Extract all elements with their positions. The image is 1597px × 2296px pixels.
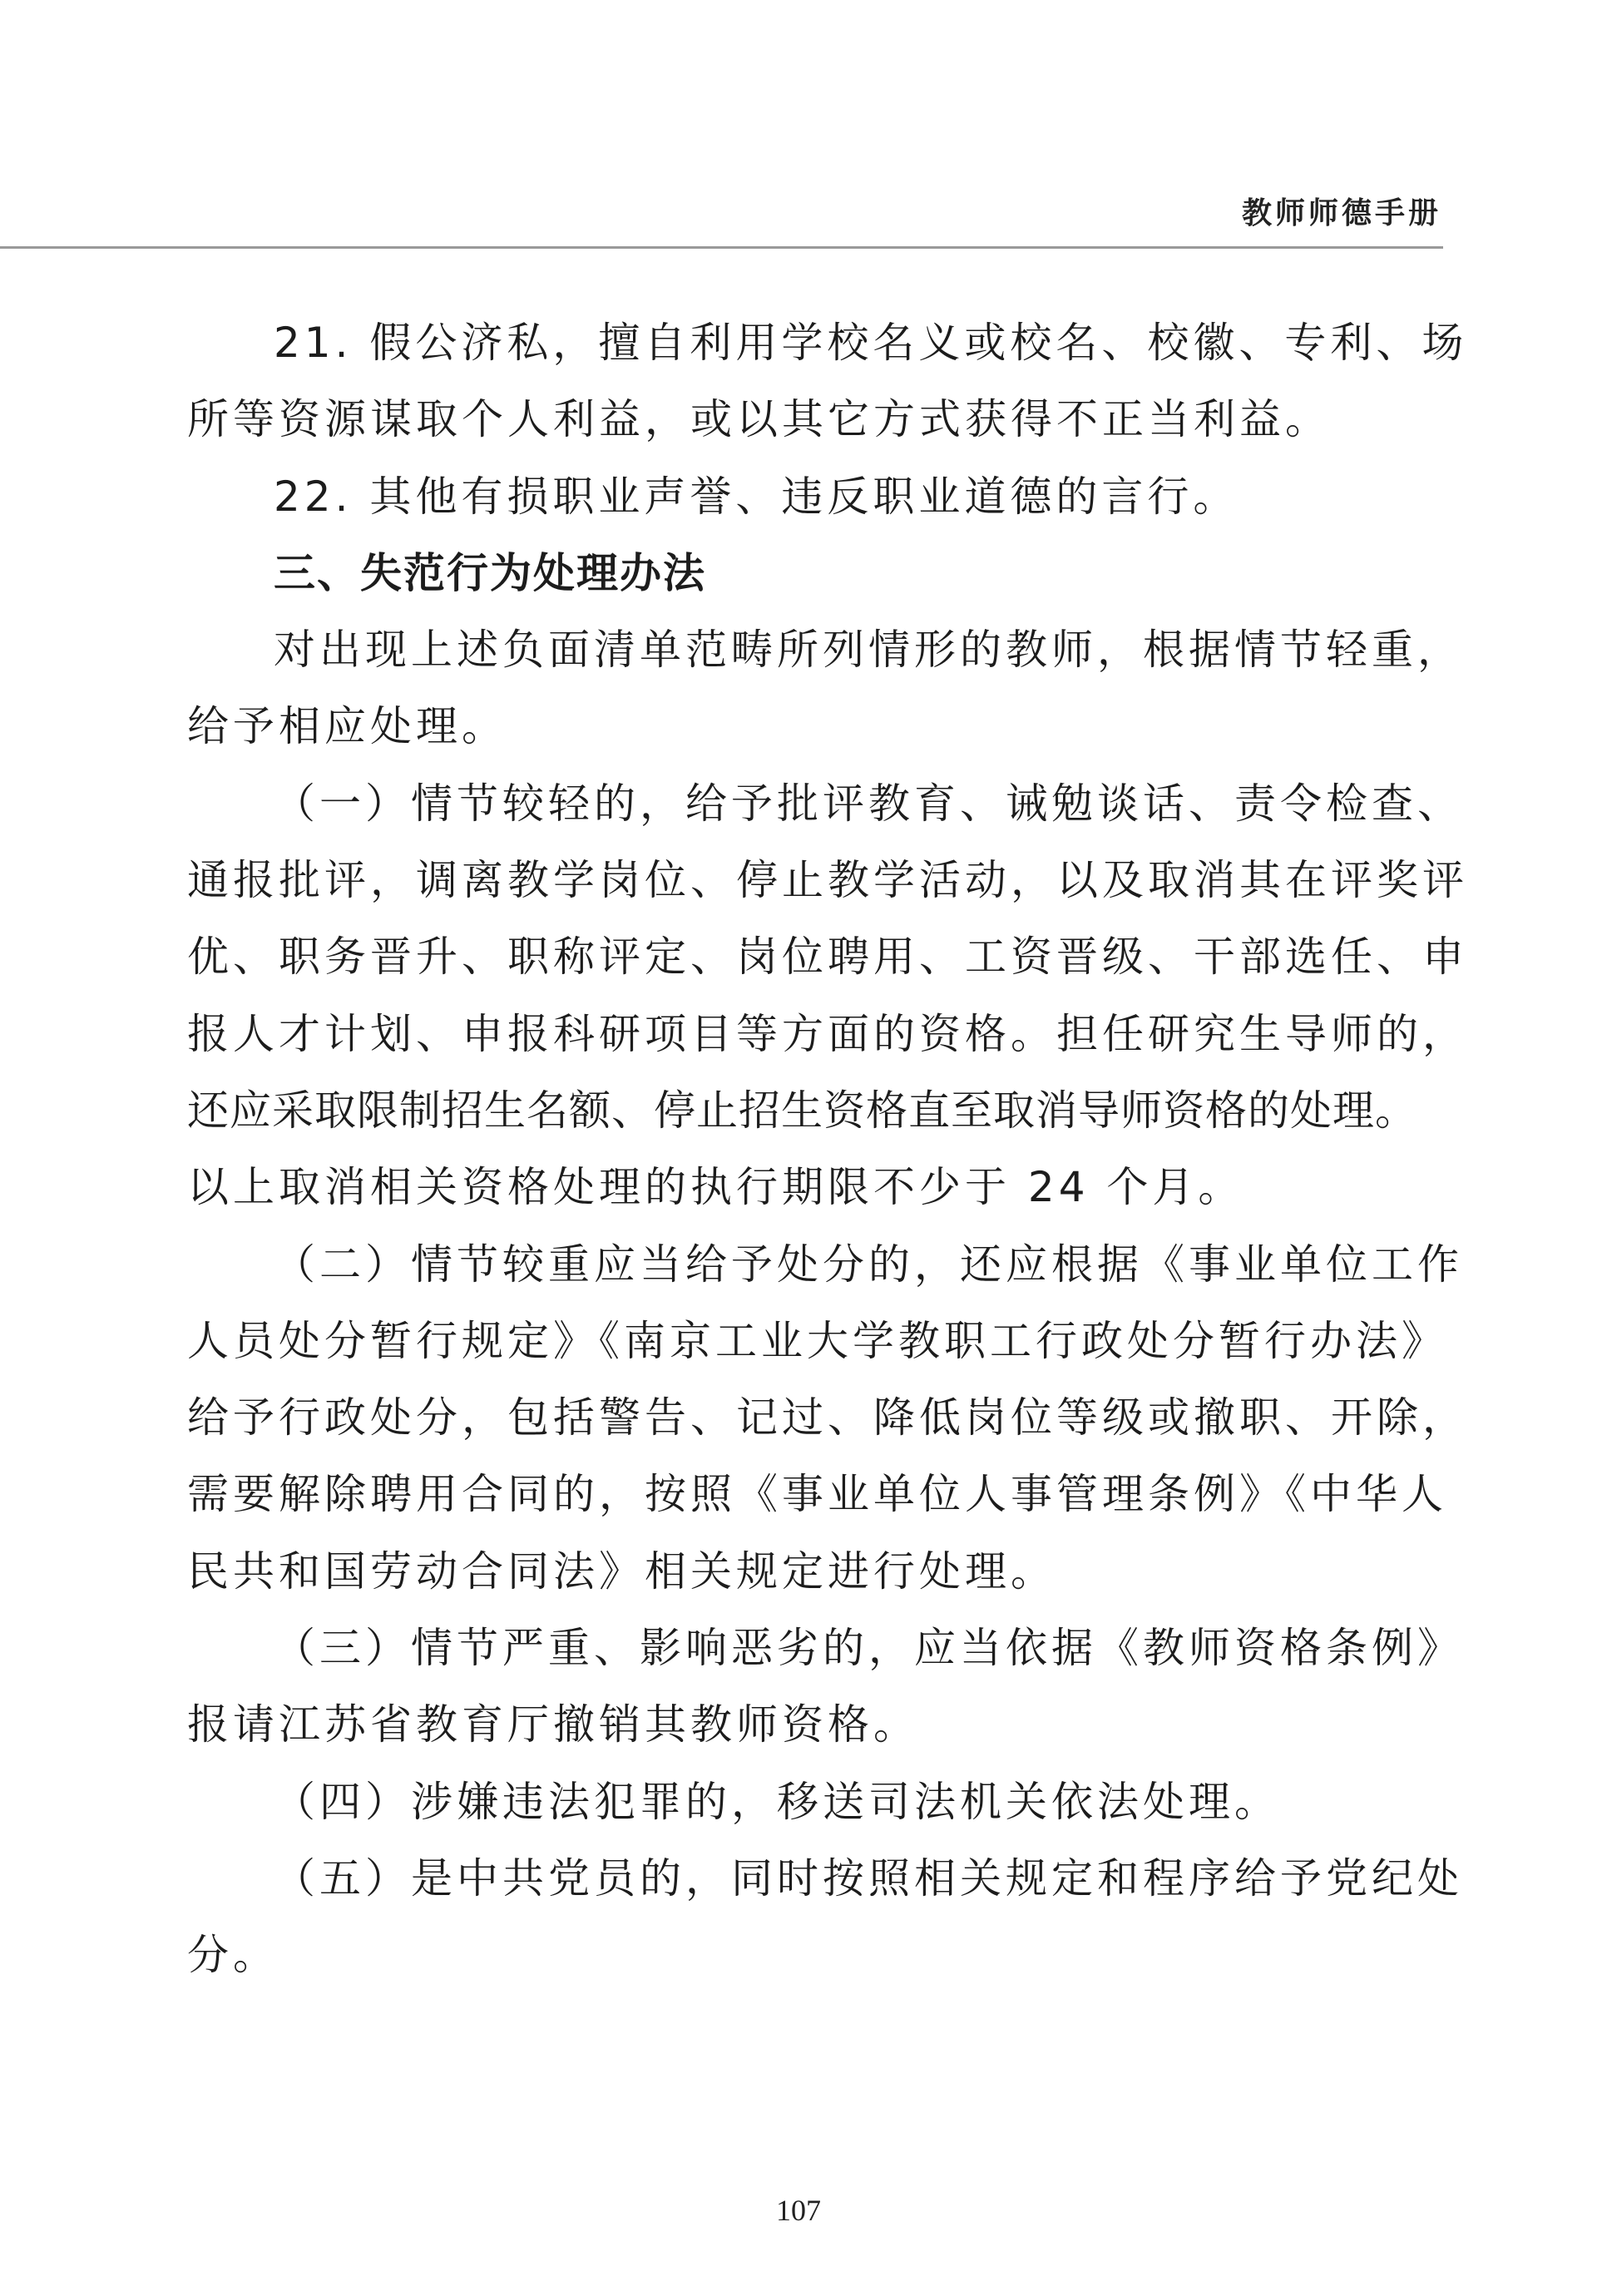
text-line: 还应采取限制招生名额、停止招生资格直至取消导师资格的处理。 bbox=[187, 1077, 1388, 1154]
text-line: 人员处分暂行规定》《南京工业大学教职工行政处分暂行办法》 bbox=[187, 1308, 1388, 1384]
text-line: 报请江苏省教育厅撤销其教师资格。 bbox=[187, 1691, 1388, 1768]
text-line: 对出现上述负面清单范畴所列情形的教师，根据情节轻重， bbox=[187, 616, 1388, 693]
text-line: 分。 bbox=[187, 1922, 1388, 1998]
text-line: 以上取消相关资格处理的执行期限不少于 24 个月。 bbox=[187, 1154, 1388, 1230]
text-line: （四）涉嫌违法犯罪的，移送司法机关依法处理。 bbox=[187, 1769, 1388, 1845]
text-line: 优、职务晋升、职称评定、岗位聘用、工资晋级、干部选任、申 bbox=[187, 923, 1388, 1000]
text-line: 需要解除聘用合同的，按照《事业单位人事管理条例》《中华人 bbox=[187, 1461, 1388, 1537]
text-line: 21. 假公济私，擅自利用学校名义或校名、校徽、专利、场 bbox=[187, 309, 1388, 386]
text-line: 民共和国劳动合同法》相关规定进行处理。 bbox=[187, 1538, 1388, 1615]
page-body: 21. 假公济私，擅自利用学校名义或校名、校徽、专利、场 所等资源谋取个人利益，… bbox=[187, 309, 1388, 1999]
running-header-title: 教师师德手册 bbox=[1242, 188, 1441, 238]
text-line: 22. 其他有损职业声誉、违反职业道德的言行。 bbox=[187, 463, 1388, 540]
header-divider bbox=[0, 246, 1443, 249]
text-line: 给予行政处分，包括警告、记过、降低岗位等级或撤职、开除， bbox=[187, 1384, 1388, 1461]
text-line: （一）情节较轻的，给予批评教育、诫勉谈话、责令检查、 bbox=[187, 770, 1388, 847]
section-heading: 三、失范行为处理办法 bbox=[187, 540, 1388, 616]
text-line: （二）情节较重应当给予处分的，还应根据《事业单位工作 bbox=[187, 1231, 1388, 1308]
text-line: （三）情节严重、影响恶劣的，应当依据《教师资格条例》 bbox=[187, 1615, 1388, 1691]
text-line: 给予相应处理。 bbox=[187, 693, 1388, 769]
text-line: （五）是中共党员的，同时按照相关规定和程序给予党纪处 bbox=[187, 1845, 1388, 1922]
page-number: 107 bbox=[0, 2193, 1597, 2228]
text-line: 报人才计划、申报科研项目等方面的资格。担任研究生导师的， bbox=[187, 1001, 1388, 1077]
text-line: 通报批评，调离教学岗位、停止教学活动，以及取消其在评奖评 bbox=[187, 847, 1388, 923]
text-line: 所等资源谋取个人利益，或以其它方式获得不正当利益。 bbox=[187, 386, 1388, 463]
